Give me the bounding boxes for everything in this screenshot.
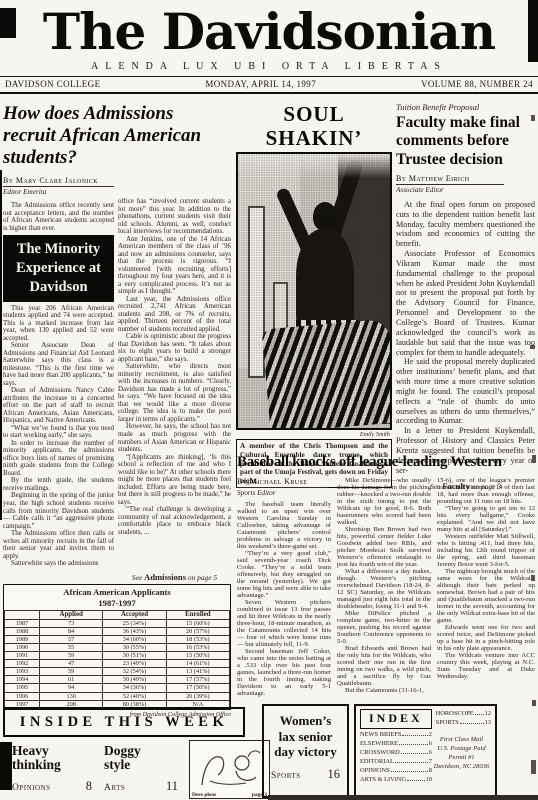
paragraph: “[Applicants are thinking], ‘Is this sch… bbox=[118, 454, 231, 507]
teaser-meta: Opinions 8 bbox=[12, 779, 96, 794]
admissions-headline: How does Admissions recruit African Amer… bbox=[3, 103, 236, 170]
minority-experience-box: The Minority Experience at Davidson bbox=[3, 235, 114, 302]
teaser-meta: Arts 11 bbox=[104, 779, 182, 794]
paragraph: What a difference a day makes, though. W… bbox=[337, 568, 431, 610]
masthead: The Davidsonian ALENDA LUX UBI ORTA LIBE… bbox=[0, 0, 538, 94]
table-cell: 17 (57%) bbox=[166, 676, 229, 684]
paragraph: Western outfielder Matt Stillwell, who i… bbox=[437, 533, 535, 568]
table-cell: 130 bbox=[40, 692, 103, 700]
table-header-year bbox=[5, 611, 40, 620]
table-cell: 30 (51%) bbox=[103, 652, 166, 660]
paragraph: Cable is optimistic about the progress t… bbox=[118, 333, 231, 363]
dotted-leader bbox=[395, 762, 428, 763]
index-entry: OPINIONS8 bbox=[360, 767, 432, 776]
table-header-row: Applied Accepted Enrolled bbox=[5, 611, 230, 620]
faculty-headline: Faculty make final comments before Trust… bbox=[396, 114, 535, 169]
table-cell: 55 bbox=[40, 644, 103, 652]
paragraph: Dean of Admissions Nancy Cable attribute… bbox=[3, 387, 114, 425]
teaser-section: Sports bbox=[271, 771, 301, 781]
applicants-data-table: Applied Accepted Enrolled 19877325 (34%)… bbox=[4, 610, 230, 708]
admissions-intro-text: The Admissions office recently sent out … bbox=[3, 202, 114, 232]
dotted-leader bbox=[391, 771, 428, 772]
table-cell: 47 bbox=[40, 660, 103, 668]
index-entry-page: 13 bbox=[485, 719, 491, 728]
index-title: INDEX bbox=[360, 709, 432, 729]
index-entry: NEWS BRIEFS2 bbox=[360, 731, 432, 740]
cartoon-drawing bbox=[190, 741, 269, 791]
paragraph: “They’re going to get ten to 12 hits eve… bbox=[437, 505, 535, 533]
dateline-volume: VOLUME 88, NUMBER 24 bbox=[421, 79, 533, 89]
paragraph: The Wildcats venture into ACC country th… bbox=[437, 652, 535, 680]
photo-headline: SOUL SHAKIN’ bbox=[236, 102, 392, 150]
baseball-col2: Mike DeSimone—who usually does his damag… bbox=[337, 477, 431, 705]
index-entry-label: CROSSWORD bbox=[360, 749, 400, 758]
paragraph: office has “involved current students a … bbox=[118, 198, 231, 236]
mail-permit-notice: First Class Mail U.S. Postage Paid Permi… bbox=[432, 731, 491, 785]
applicants-table-body: 19877325 (34%)15 (60%)19888436 (43%)20 (… bbox=[5, 620, 230, 709]
paragraph: Brad Edwards and Brown had the only hits… bbox=[337, 645, 431, 687]
dotted-leader bbox=[407, 780, 424, 781]
table-cell: 20 (57%) bbox=[166, 628, 229, 636]
index-entry-label: OPINIONS bbox=[360, 767, 390, 776]
table-cell: 32 (54%) bbox=[103, 668, 166, 676]
table-row: 19946130 (49%)17 (57%) bbox=[5, 676, 230, 684]
admissions-col1: The Admissions office recently sent out … bbox=[3, 202, 114, 582]
table-cell: 20 (39%) bbox=[166, 692, 229, 700]
scan-artifact bbox=[0, 742, 12, 790]
table-cell: 13 (41%) bbox=[166, 668, 229, 676]
photo-credit: Emily Smith bbox=[236, 431, 390, 439]
paragraph: “What we’ve found is that you need to st… bbox=[3, 425, 114, 440]
index-entry-label: SPORTS bbox=[436, 719, 459, 728]
admissions-jump-line: See Admissions on page 5 bbox=[118, 572, 231, 582]
teaser-title: Heavy thinking bbox=[12, 744, 96, 773]
scan-speck bbox=[532, 700, 536, 706]
paragraph: The Admissions office recently sent out … bbox=[3, 202, 114, 232]
teaser-title: Doggy style bbox=[104, 744, 182, 773]
paragraph: However, he says, the school has not mad… bbox=[118, 423, 231, 453]
table-cell-year: 1990 bbox=[5, 644, 40, 652]
table-cell-year: 1996 bbox=[5, 692, 40, 700]
index-entries-right: HOROSCOPE12SPORTS13 bbox=[436, 709, 491, 728]
newspaper-page: The Davidsonian ALENDA LUX UBI ORTA LIBE… bbox=[0, 0, 538, 800]
paragraph: “They’re a very good club,” said seventh… bbox=[237, 550, 331, 599]
teaser-page-number: 11 bbox=[166, 779, 178, 794]
teaser-section: Opinions bbox=[12, 783, 50, 793]
baseball-byline: By Michael Kruse Sports Editor bbox=[237, 477, 327, 497]
teaser-page-number: 8 bbox=[86, 779, 92, 794]
scan-speck bbox=[531, 575, 535, 581]
index-entry-label: HOROSCOPE bbox=[436, 710, 474, 719]
byline-author: By Matthew Eirich bbox=[396, 174, 504, 185]
applicants-table: African American Applicants 1987-1997 Ap… bbox=[3, 584, 231, 718]
paragraph: Satterwhite says the admissions bbox=[3, 560, 114, 568]
paragraph: The Admissions office then calls or writ… bbox=[3, 530, 114, 560]
scan-artifact bbox=[528, 0, 538, 62]
masthead-motto: ALENDA LUX UBI ORTA LIBERTAS bbox=[0, 61, 538, 72]
table-cell: 34 (60%) bbox=[103, 636, 166, 644]
table-cell: 61 bbox=[40, 676, 103, 684]
photo-halftone-overlay bbox=[238, 154, 390, 428]
teaser-section: Arts bbox=[104, 783, 125, 793]
table-row: 19895734 (60%)18 (53%) bbox=[5, 636, 230, 644]
table-cell: 36 (43%) bbox=[103, 628, 166, 636]
paragraph: Senior Associate Dean of Admissions and … bbox=[3, 342, 114, 387]
table-row: 19888436 (43%)20 (57%) bbox=[5, 628, 230, 636]
jump-page: on page 5 bbox=[186, 573, 217, 582]
index-entry: CROSSWORD6 bbox=[360, 749, 432, 758]
paragraph: Mike DeSimone—who usually does his damag… bbox=[337, 477, 431, 526]
baseball-col2-text: Mike DeSimone—who usually does his damag… bbox=[337, 477, 431, 694]
jump-section: Admissions bbox=[144, 572, 186, 582]
paragraph: In order to increase the number of minor… bbox=[3, 440, 114, 478]
dotted-leader bbox=[475, 714, 484, 715]
paragraph: At the final open forum on proposed cuts… bbox=[396, 200, 535, 249]
dateline: DAVIDSON COLLEGE MONDAY, APRIL 14, 1997 … bbox=[0, 76, 538, 94]
index-entry-label: NEWS BRIEFS bbox=[360, 731, 401, 740]
table-cell: 30 (55%) bbox=[103, 644, 166, 652]
teaser-page-number: 16 bbox=[328, 767, 341, 782]
byline-role: Editor Emerita bbox=[3, 188, 114, 196]
baseball-col3-text: 15-6), one of the league’s premier teams… bbox=[437, 477, 535, 680]
index-entry-label: ELSEWHERE bbox=[360, 740, 398, 749]
jump-see: See bbox=[132, 573, 144, 582]
index-entries-left: NEWS BRIEFS2ELSEWHERE6CROSSWORD6EDITORIA… bbox=[360, 731, 432, 785]
faculty-byline: By Matthew Eirich Associate Editor bbox=[396, 174, 504, 194]
table-cell: 84 bbox=[40, 628, 103, 636]
scan-artifact bbox=[268, 795, 538, 800]
newspaper-title: The Davidsonian bbox=[0, 5, 538, 59]
scan-speck bbox=[530, 345, 535, 349]
table-cell: 23 (49%) bbox=[103, 660, 166, 668]
index-entry-label: ARTS & LIVING bbox=[360, 776, 406, 785]
scan-artifact bbox=[0, 8, 16, 38]
scan-speck bbox=[532, 455, 536, 463]
feature-photo bbox=[236, 152, 392, 430]
table-cell: 94 bbox=[40, 684, 103, 692]
table-cell: 59 bbox=[40, 652, 103, 660]
table-row: 19915930 (51%)15 (50%) bbox=[5, 652, 230, 660]
table-cell-year: 1994 bbox=[5, 676, 40, 684]
byline-role: Sports Editor bbox=[237, 489, 327, 497]
paragraph: “The real challenge is developing a comm… bbox=[118, 506, 231, 536]
teaser-opinions: Heavy thinking Opinions 8 bbox=[12, 744, 96, 794]
admissions-col2: office has “involved current students a … bbox=[118, 198, 231, 570]
baseball-col3: 15-6), one of the league’s premier teams… bbox=[437, 477, 535, 705]
index-bottom-row: NEWS BRIEFS2ELSEWHERE6CROSSWORD6EDITORIA… bbox=[360, 731, 491, 785]
faculty-kicker: Tuition Benefit Proposal bbox=[396, 102, 535, 112]
paragraph: 15-6), one of the league’s premier teams… bbox=[437, 477, 535, 505]
table-cell: 15 (60%) bbox=[166, 620, 229, 628]
table-cell-year: 1991 bbox=[5, 652, 40, 660]
baseball-col1: By Michael Kruse Sports Editor The baseb… bbox=[237, 477, 331, 705]
index-entry-label: EDITORIAL bbox=[360, 758, 394, 767]
table-cell: 59 bbox=[40, 668, 103, 676]
teaser-sports: Women’s lax senior day victory Sports 16 bbox=[262, 704, 349, 798]
teaser-meta: Sports 16 bbox=[264, 767, 347, 782]
dotted-leader bbox=[399, 744, 428, 745]
table-cell-year: 1993 bbox=[5, 668, 40, 676]
paragraph: Second baseman Jeff Coker, who came into… bbox=[237, 648, 331, 697]
table-cell: 17 (50%) bbox=[166, 684, 229, 692]
table-cell: 16 (53%) bbox=[166, 644, 229, 652]
table-cell: 34 (36%) bbox=[103, 684, 166, 692]
table-subtitle: 1987-1997 bbox=[98, 598, 135, 608]
paragraph: Associate Professor of Economics Vikram … bbox=[396, 249, 535, 357]
index-top-row: INDEX HOROSCOPE12SPORTS13 bbox=[360, 709, 491, 729]
table-header: Applied Accepted Enrolled bbox=[5, 611, 230, 620]
dotted-leader bbox=[402, 735, 427, 736]
cartoon-caption: Dees pleas page 3 bbox=[190, 792, 269, 798]
index-entry: EDITORIAL7 bbox=[360, 758, 432, 767]
paragraph: Satterwhite, who directs most minority r… bbox=[118, 363, 231, 423]
inside-this-week-banner: INSIDE THIS WEEK bbox=[3, 707, 245, 737]
admissions-col2-text: office has “involved current students a … bbox=[118, 198, 231, 536]
byline-role: Associate Editor bbox=[396, 186, 504, 194]
table-cell-year: 1995 bbox=[5, 684, 40, 692]
table-cell: 30 (49%) bbox=[103, 676, 166, 684]
table-row: 19905530 (55%)16 (53%) bbox=[5, 644, 230, 652]
paragraph: Beginning in the spring of the junior ye… bbox=[3, 492, 114, 530]
index-box: INDEX HOROSCOPE12SPORTS13 NEWS BRIEFS2EL… bbox=[354, 704, 497, 798]
paragraph: By the tenth grade, the students receive… bbox=[3, 477, 114, 492]
byline-author: By Mary Clare Jalonick bbox=[3, 176, 114, 187]
applicants-table-title: African American Applicants 1987-1997 bbox=[4, 585, 230, 610]
paragraph: But the Catamounts (31-16-1, bbox=[337, 687, 431, 694]
faculty-text: At the final open forum on proposed cuts… bbox=[396, 200, 535, 476]
paragraph: This year 206 African American students … bbox=[3, 305, 114, 343]
paragraph: Seven Western pitchers combined to issue… bbox=[237, 599, 331, 648]
table-header-applied: Applied bbox=[40, 611, 103, 620]
table-cell: 15 (50%) bbox=[166, 652, 229, 660]
byline-author: By Michael Kruse bbox=[237, 477, 327, 488]
teaser-arts: Doggy style Arts 11 bbox=[104, 744, 182, 794]
cartoon-caption-text: Dees pleas bbox=[192, 792, 216, 798]
table-cell-year: 1992 bbox=[5, 660, 40, 668]
baseball-headline: Baseball knocks off league-leading Weste… bbox=[237, 454, 537, 471]
scan-speck bbox=[531, 115, 535, 121]
table-cell-year: 1989 bbox=[5, 636, 40, 644]
table-cell: 52 (40%) bbox=[103, 692, 166, 700]
table-header-accepted: Accepted bbox=[103, 611, 166, 620]
admissions-col1-text: This year 206 African American students … bbox=[3, 305, 114, 568]
baseball-col1-text: The baseball team literally walked to an… bbox=[237, 501, 331, 697]
scan-artifact bbox=[0, 170, 2, 520]
scan-speck bbox=[531, 760, 536, 774]
table-row: 19924723 (49%)14 (61%) bbox=[5, 660, 230, 668]
table-header-enrolled: Enrolled bbox=[166, 611, 229, 620]
photo-feature: SOUL SHAKIN’ Emily Smith A member of the… bbox=[236, 102, 392, 488]
applicants-table-frame: African American Applicants 1987-1997 Ap… bbox=[3, 584, 231, 710]
table-cell: 18 (53%) bbox=[166, 636, 229, 644]
teaser-title: Women’s lax senior day victory bbox=[264, 713, 347, 760]
admissions-byline: By Mary Clare Jalonick Editor Emerita bbox=[3, 176, 114, 196]
paragraph: The nightcap brought much of the same wo… bbox=[437, 568, 535, 624]
index-entry: SPORTS13 bbox=[436, 719, 491, 728]
paragraph: Edwards went one for two and scored twic… bbox=[437, 624, 535, 652]
table-row: 19877325 (34%)15 (60%) bbox=[5, 620, 230, 628]
table-title: African American Applicants bbox=[63, 587, 170, 597]
table-cell: 14 (61%) bbox=[166, 660, 229, 668]
index-entry: ARTS & LIVING10 bbox=[360, 776, 432, 785]
paragraph: The baseball team literally walked to an… bbox=[237, 501, 331, 550]
table-cell-year: 1987 bbox=[5, 620, 40, 628]
index-entry-page: 12 bbox=[485, 710, 491, 719]
table-row: 199613052 (40%)20 (39%) bbox=[5, 692, 230, 700]
dotted-leader bbox=[401, 753, 428, 754]
paragraph: He said the proposal merely duplicated o… bbox=[396, 357, 535, 426]
index-entry: HOROSCOPE12 bbox=[436, 710, 491, 719]
dateline-date: MONDAY, APRIL 14, 1997 bbox=[205, 79, 316, 89]
dotted-leader bbox=[460, 723, 484, 724]
paragraph: Shortstop Ben Brown had two hits, powerf… bbox=[337, 526, 431, 568]
table-cell: 25 (34%) bbox=[103, 620, 166, 628]
paragraph: Ann Jenkins, one of the 14 African Ameri… bbox=[118, 236, 231, 296]
paragraph: Mike DiPelice pitched a complete game, t… bbox=[337, 610, 431, 645]
table-row: 19959434 (36%)17 (50%) bbox=[5, 684, 230, 692]
table-cell-year: 1988 bbox=[5, 628, 40, 636]
cartoon-box: Dees pleas page 3 bbox=[189, 740, 270, 799]
table-cell: 73 bbox=[40, 620, 103, 628]
paragraph: Last year, the Admissions office recruit… bbox=[118, 296, 231, 334]
table-cell: 57 bbox=[40, 636, 103, 644]
table-row: 19935932 (54%)13 (41%) bbox=[5, 668, 230, 676]
dateline-college: DAVIDSON COLLEGE bbox=[5, 79, 100, 89]
index-entry: ELSEWHERE6 bbox=[360, 740, 432, 749]
